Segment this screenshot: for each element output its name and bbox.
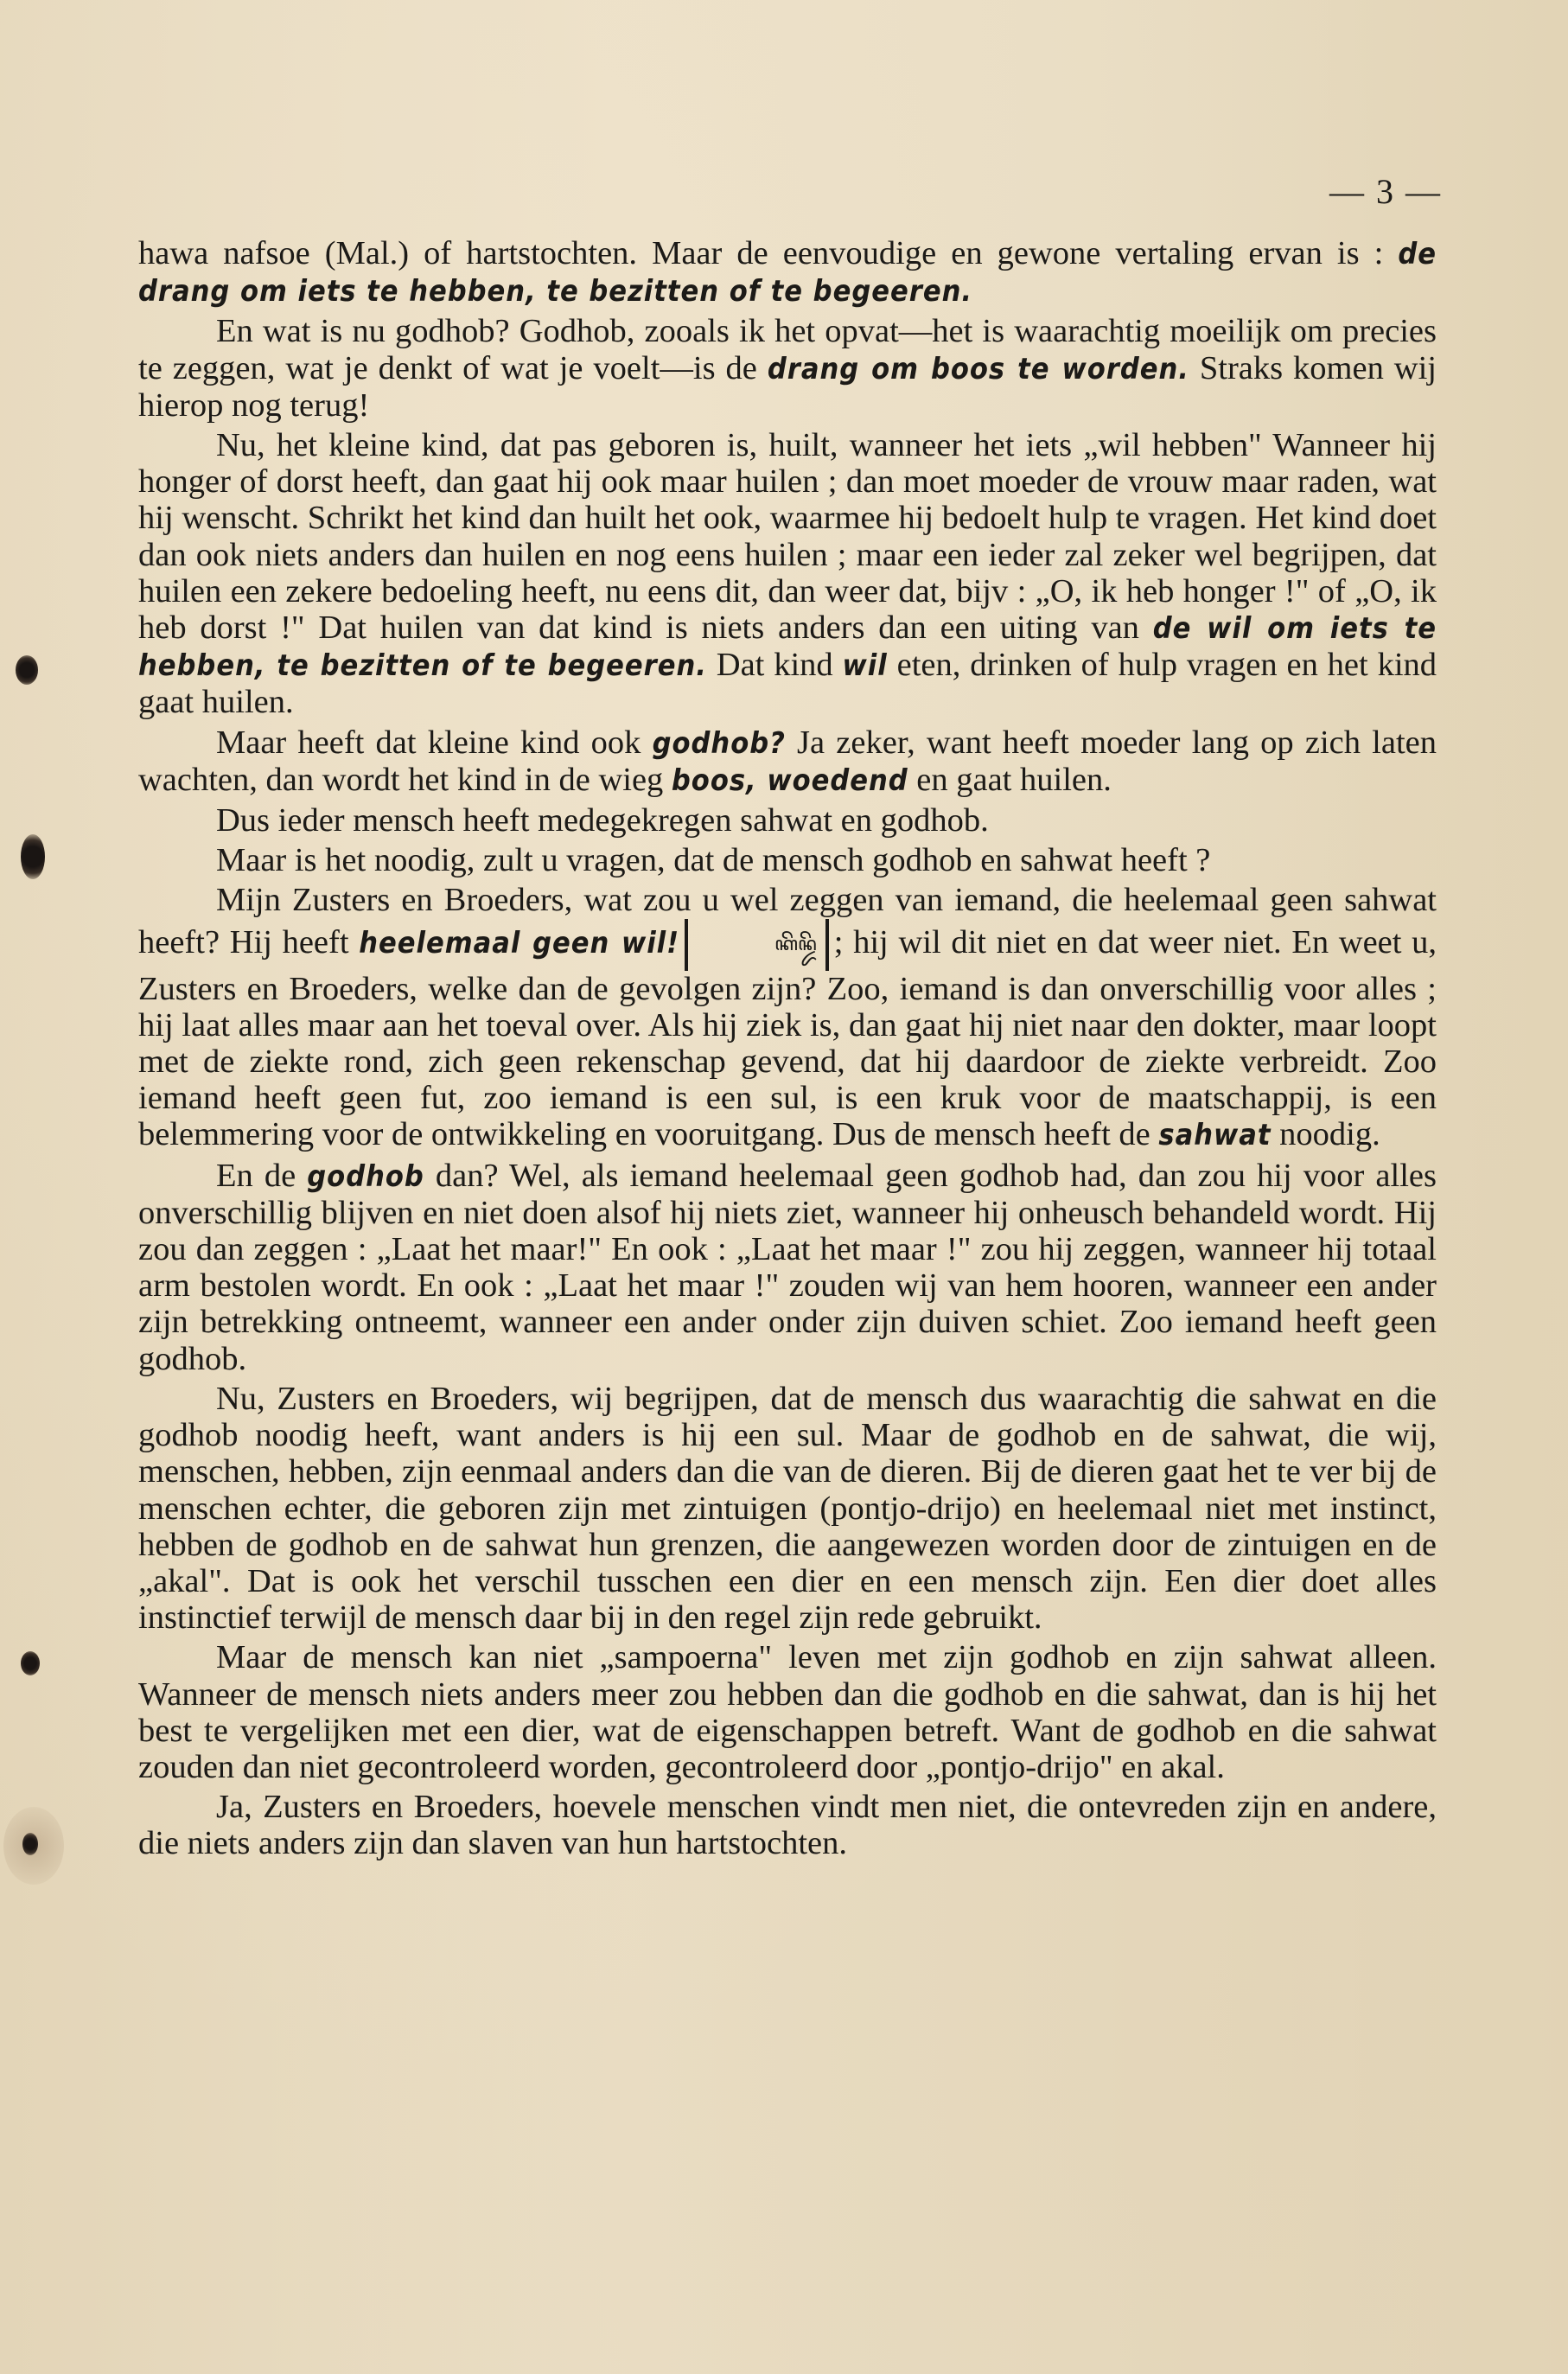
body-text: Dus ieder mensch heeft medegekregen sahw… [216, 802, 989, 839]
body-text: Maar de mensch kan niet „sampoerna" leve… [138, 1639, 1437, 1785]
body-text: Maar is het noodig, zult u vragen, dat d… [216, 842, 1210, 878]
paragraph: Ja, Zusters en Broeders, hoevele mensche… [138, 1789, 1437, 1861]
body-text: Dat kind [707, 647, 843, 683]
body-text: noodig. [1272, 1116, 1380, 1152]
body-text: Ja, Zusters en Broeders, hoevele mensche… [138, 1789, 1437, 1861]
emphasis-text: sahwat [1158, 1118, 1271, 1152]
document-body: hawa nafsoe (Mal.) of hartstochten. Maar… [138, 235, 1437, 1862]
punch-hole-mark [22, 1833, 38, 1855]
paragraph: Nu, het kleine kind, dat pas geboren is,… [138, 427, 1437, 721]
paragraph: Maar is het noodig, zult u vragen, dat d… [138, 842, 1437, 878]
paragraph: En wat is nu godhob? Godhob, zooals ik h… [138, 313, 1437, 424]
page-number: — 3 — [1329, 171, 1442, 212]
body-text: Nu, Zusters en Broeders, wij begrijpen, … [138, 1381, 1437, 1636]
emphasis-text: boos, woedend [672, 763, 908, 798]
emphasis-text: godhob [307, 1159, 424, 1194]
body-text: Maar heeft dat kleine kind ook [216, 724, 653, 761]
emphasis-text: wil [843, 648, 888, 683]
paragraph: Dus ieder mensch heeft medegekregen sahw… [138, 802, 1437, 839]
emphasis-text: godhob? [653, 726, 786, 761]
punch-hole-mark [21, 834, 45, 879]
javanese-script-bracket: ꦏꦼꦤ꧀ꦢꦼ [685, 919, 829, 971]
paragraph: En de godhob dan? Wel, als iemand heelem… [138, 1158, 1437, 1377]
body-text: en gaat huilen. [908, 762, 1112, 798]
paragraph: Maar de mensch kan niet „sampoerna" leve… [138, 1639, 1437, 1785]
body-text: En de [216, 1158, 307, 1194]
paragraph: Nu, Zusters en Broeders, wij begrijpen, … [138, 1381, 1437, 1636]
emphasis-text: drang om boos te worden. [768, 352, 1189, 386]
paragraph: hawa nafsoe (Mal.) of hartstochten. Maar… [138, 235, 1437, 310]
paragraph: Maar heeft dat kleine kind ook godhob? J… [138, 724, 1437, 799]
punch-hole-mark [21, 1651, 40, 1675]
emphasis-text: heelemaal geen wil! [359, 925, 679, 960]
paragraph: Mijn Zusters en Broeders, wat zou u wel … [138, 882, 1437, 1153]
punch-hole-mark [16, 655, 38, 685]
body-text: hawa nafsoe (Mal.) of hartstochten. Maar… [138, 235, 1398, 271]
